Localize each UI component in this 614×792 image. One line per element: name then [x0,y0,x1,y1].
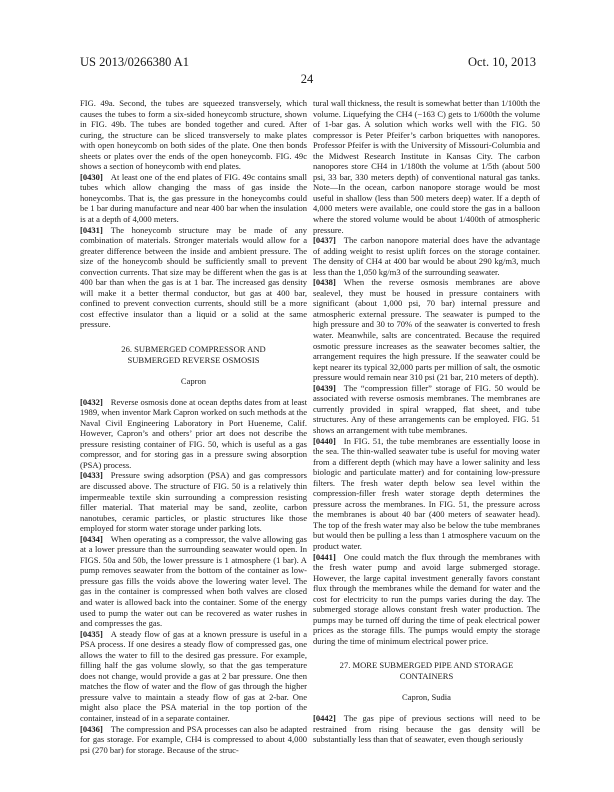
paragraph-text: Reverse osmosis done at ocean depths dat… [80,397,307,470]
paragraph-text: A steady flow of gas at a known pressure… [80,629,307,723]
paragraph-0437: [0437]The carbon nanopore material does … [313,235,540,277]
paragraph-text: The gas pipe of previous sections will n… [313,713,540,744]
paragraph-0435: [0435]A steady flow of gas at a known pr… [80,629,307,724]
paragraph-text: One could match the flux through the mem… [313,552,540,646]
paragraph-text: The carbon nanopore material does have t… [313,235,540,277]
paragraph-text: When the reverse osmosis membranes are a… [313,277,540,382]
paragraph-0439: [0439]The “compression filler” storage o… [313,383,540,436]
paragraph-0433: [0433]Pressure swing adsorption (PSA) an… [80,470,307,533]
section-title-line: 26. SUBMERGED COMPRESSOR AND [80,344,307,355]
section-title-26: 26. SUBMERGED COMPRESSOR AND SUBMERGED R… [80,344,307,366]
paragraph-number: [0437] [313,235,336,245]
paragraph-0431: [0431]The honeycomb structure may be mad… [80,225,307,330]
left-column: FIG. 49a. Second, the tubes are squeezed… [80,98,307,755]
paragraph-0430: [0430]At least one of the end plates of … [80,172,307,225]
paragraph-0440: [0440]In FIG. 51, the tube membranes are… [313,436,540,552]
section-author: Capron [80,376,307,387]
patent-number: US 2013/0266380 A1 [80,55,189,70]
paragraph-text: At least one of the end plates of FIG. 4… [80,172,307,224]
paragraph-text: Pressure swing adsorption (PSA) and gas … [80,470,307,533]
section-title-line: SUBMERGED REVERSE OSMOSIS [80,355,307,366]
paragraph-number: [0439] [313,383,336,393]
paragraph-0432: [0432]Reverse osmosis done at ocean dept… [80,397,307,471]
paragraph-0436: [0436]The compression and PSA processes … [80,724,307,756]
section-title-line: 27. MORE SUBMERGED PIPE AND STORAGE [313,660,540,671]
paragraph-number: [0430] [80,172,103,182]
paragraph-0438: [0438]When the reverse osmosis membranes… [313,277,540,382]
paragraph-text: The honeycomb structure may be made of a… [80,225,307,330]
paragraph-number: [0440] [313,436,336,446]
publication-date: Oct. 10, 2013 [468,55,536,70]
paragraph-text: The “compression filler” storage of FIG.… [313,383,540,435]
section-title-27: 27. MORE SUBMERGED PIPE AND STORAGE CONT… [313,660,540,682]
paragraph-number: [0434] [80,534,103,544]
paragraph-number: [0433] [80,470,103,480]
continuation-paragraph: tural wall thickness, the result is some… [313,98,540,235]
paragraph-number: [0442] [313,713,336,723]
paragraph-0442: [0442]The gas pipe of previous sections … [313,713,540,745]
paragraph-text: When operating as a compressor, the valv… [80,534,307,628]
section-author: Capron, Sudia [313,692,540,703]
paragraph-number: [0438] [313,277,336,287]
right-column: tural wall thickness, the result is some… [313,98,540,745]
paragraph-number: [0435] [80,629,103,639]
page-number: 24 [0,72,614,87]
continuation-paragraph: FIG. 49a. Second, the tubes are squeezed… [80,98,307,172]
paragraph-0434: [0434]When operating as a compressor, th… [80,534,307,629]
paragraph-text: In FIG. 51, the tube membranes are essen… [313,436,540,551]
paragraph-number: [0431] [80,225,103,235]
section-title-line: CONTAINERS [313,671,540,682]
paragraph-number: [0432] [80,397,103,407]
paragraph-text: The compression and PSA processes can al… [80,724,307,755]
paragraph-number: [0436] [80,724,103,734]
paragraph-0441: [0441]One could match the flux through t… [313,552,540,647]
paragraph-number: [0441] [313,552,336,562]
